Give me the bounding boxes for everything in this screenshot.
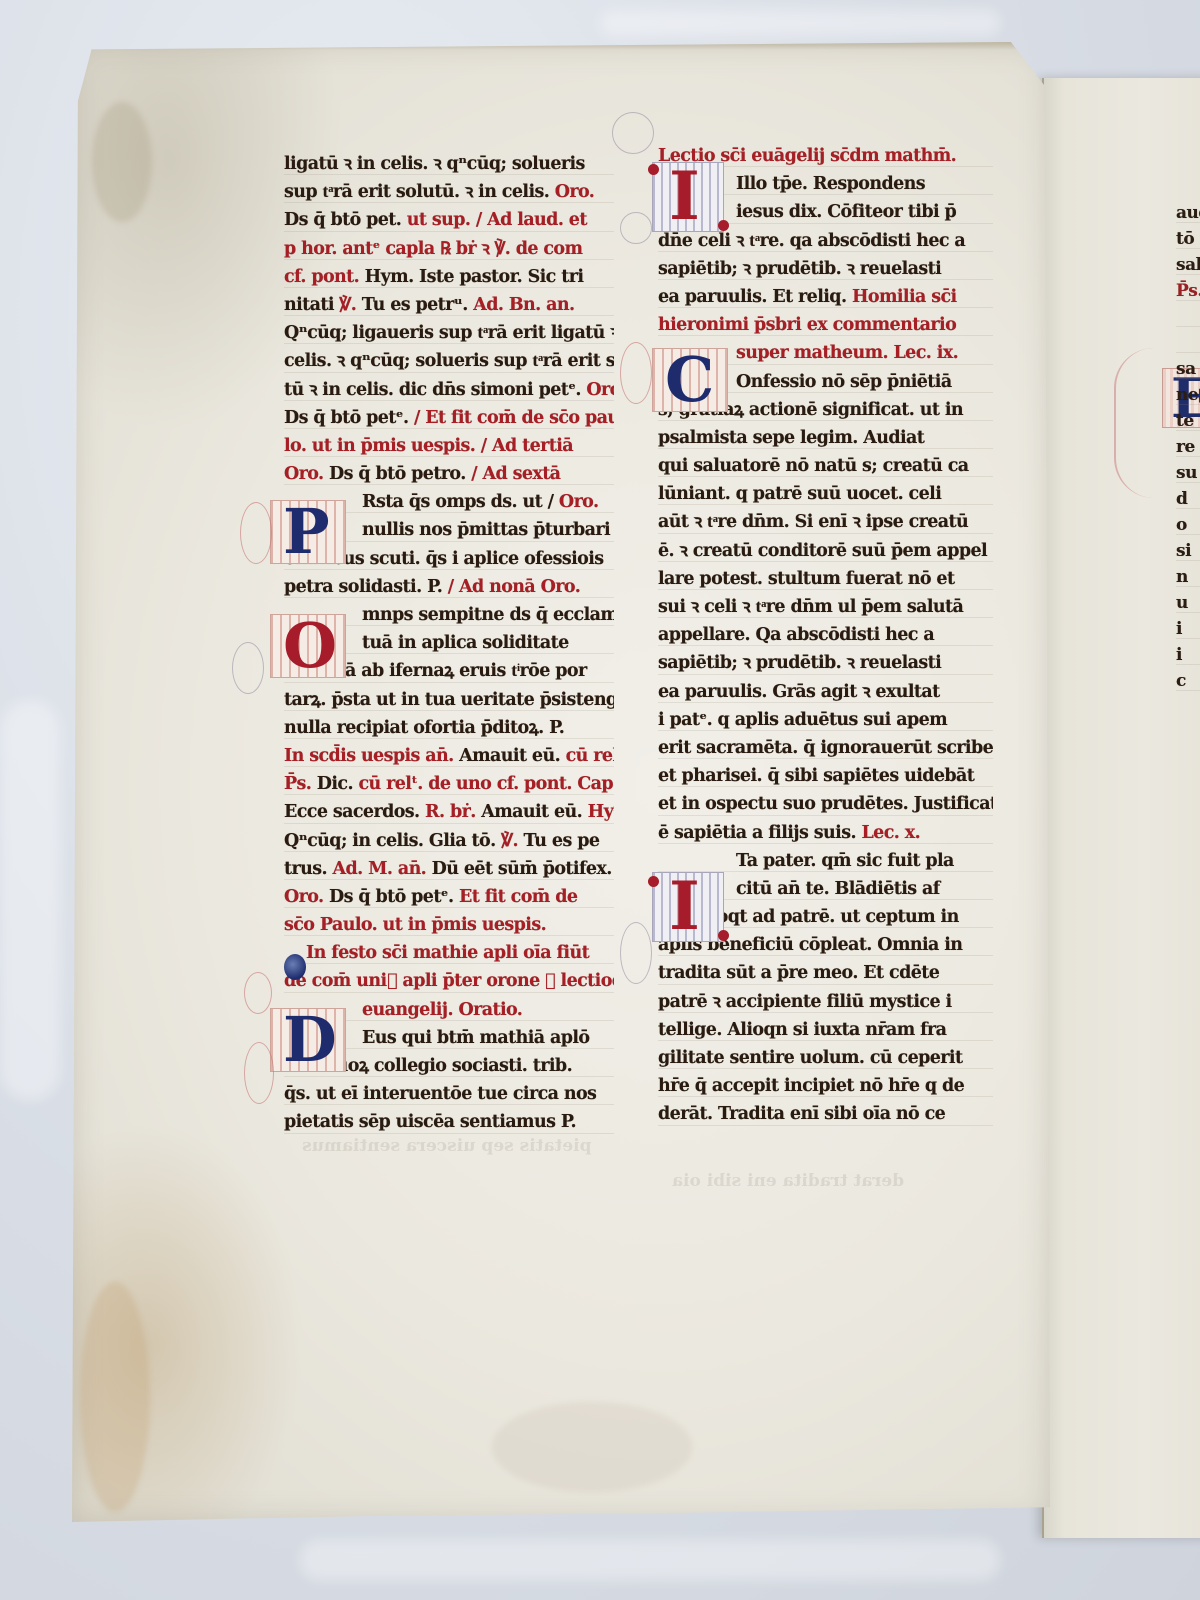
text-line: i: [1176, 616, 1200, 642]
text-line: nitati ℣. Tu es petrᵘ. Ad. Bn. an.: [284, 291, 614, 319]
text-line: salu: [1176, 252, 1200, 278]
text-line: In scd̄is uespis an̄. Amauit eū. cū relᵗ…: [284, 742, 614, 770]
text-segment: lūniant. q patrē suū uocet. celi: [658, 484, 941, 504]
manuscript-leaf: pietatis sep uiscera sentiamus derat tra…: [72, 42, 1050, 1522]
text-line: sc̄o Paulo. ut in p̄mis uespis.: [284, 911, 614, 939]
decorated-initial-C: C: [652, 348, 728, 412]
text-segment: celis. ꝛ qⁿcūq; solueris sup tͣrā erit s…: [284, 351, 614, 371]
text-segment: iesus dix. Cōfiteor tibi p̄: [736, 202, 956, 222]
rubric-text: Oro.: [586, 380, 614, 400]
text-line: lo. ut in p̄mis uespis. / Ad tertiā: [284, 432, 614, 460]
text-line: erit sacramēta. q̄ ignorauerūt scribe: [658, 734, 993, 762]
text-segment: petra solidasti. P.: [284, 577, 448, 597]
text-line: celis. ꝛ qⁿcūq; solueris sup tͣrā erit s…: [284, 347, 614, 375]
decorated-initial-I-bottom: I: [652, 872, 724, 942]
text-segment: tradita sūt a p̄re meo. Et cdēte: [658, 963, 939, 983]
text-segment: Eus qui btm̄ mathiā aplō: [362, 1028, 589, 1048]
text-segment: tuā in aplica soliditate: [362, 633, 569, 653]
rubric-text: / Ad nonā Oro.: [448, 577, 580, 597]
rubric-text: ut sup. / Ad laud. et: [407, 210, 587, 230]
text-segment: appellare. Qa abscōdisti hec a: [658, 625, 934, 645]
text-line: Ds q̄ btō pet. ut sup. / Ad laud. et: [284, 206, 614, 234]
rubric-text: Homilia sc̄i: [852, 287, 957, 307]
penwork-flourish: [620, 212, 652, 244]
rubric-text: super matheum. Lec. ix.: [736, 343, 958, 363]
initial-letter: C: [665, 345, 714, 415]
right-text-column: Lectio sc̄i euāgelij sc̄dm mathm̄.Illo t…: [658, 142, 993, 1129]
text-line: ne: [1176, 382, 1200, 408]
red-dot-ornament: [718, 220, 729, 231]
text-segment: tū ꝛ in celis. dic dn̄s simoni petᵉ.: [284, 380, 586, 400]
text-segment: Tu es petrᵘ.: [356, 295, 473, 315]
rubric-text: Oro.: [555, 182, 595, 202]
decorated-initial-P: P: [270, 500, 346, 564]
text-line: et pharisei. q̄ sibi sapiētes uidebāt: [658, 762, 993, 790]
text-line: n: [1176, 564, 1200, 590]
text-segment: Ecce sacerdos.: [284, 802, 425, 822]
text-line: o: [1176, 512, 1200, 538]
rubric-text: Ad. M. an̄.: [332, 859, 426, 879]
penwork-flourish: [240, 502, 272, 564]
text-line: appellare. Qa abscōdisti hec a: [658, 621, 993, 649]
text-line: ea paruulis. Et reliq. Homilia sc̄i: [658, 283, 993, 311]
text-segment: Ds q̄ btō petro.: [324, 464, 472, 484]
text-segment: et pharisei. q̄ sibi sapiētes uidebāt: [658, 766, 974, 786]
text-line: aud: [1176, 200, 1200, 226]
text-segment: trus.: [284, 859, 332, 879]
text-line: patrē ꝛ accipiente filiū mystice i: [658, 988, 993, 1016]
rubric-text: In scd̄is uespis an̄.: [284, 746, 454, 766]
rubric-text: Ad. Bn. an.: [473, 295, 574, 315]
text-line: p hor. antᵉ capla ℞ bṙ ꝛ ℣. de com: [284, 235, 614, 263]
text-line: q̄s. ut eī interuentōe tue circa nos: [284, 1080, 614, 1108]
text-segment: psalmista sepe legim. Audiat: [658, 428, 924, 448]
rubric-text: de com̄ uni᷑ apli p̄ter orone ꝛ lectioēs: [284, 971, 614, 991]
text-line: [1176, 330, 1200, 356]
text-segment: derāt. Tradita enī sibi oīa nō ce: [658, 1104, 945, 1124]
penwork-flourish: [244, 1042, 274, 1104]
text-segment: Ds q̄ btō petᵉ.: [324, 887, 459, 907]
text-segment: pietatis sēp uiscēa sentiamus P.: [284, 1112, 576, 1132]
text-line: si: [1176, 538, 1200, 564]
text-segment: Tu es pe: [518, 831, 599, 851]
text-line: qui saluatorē nō natū s; creatū ca: [658, 452, 993, 480]
rubric-text: / Et fit com̄ de sc̄o pau: [414, 408, 614, 428]
text-line: pietatis sēp uiscēa sentiamus P.: [284, 1108, 614, 1136]
text-segment: Ds q̄ btō pet.: [284, 210, 407, 230]
text-segment: qui saluatorē nō natū s; creatū ca: [658, 456, 969, 476]
rubric-text: cū relᵗ. de uno cf. pont. Cap.: [358, 774, 614, 794]
text-line: lare potest. stultum fuerat nō et: [658, 565, 993, 593]
penwork-flourish: [244, 972, 272, 1014]
text-line: petra solidasti. P. / Ad nonā Oro.: [284, 573, 614, 601]
text-line: ea paruulis. Grās agit ꝛ exultat: [658, 678, 993, 706]
text-line: tarꝝ. p̄sta ut in tua ueritate p̄sisteng: [284, 686, 614, 714]
water-stain: [80, 1282, 150, 1512]
text-segment: aūt ꝛ tͣre dn̄m. Si enī ꝛ ipse creatū: [658, 512, 968, 532]
text-segment: sui ꝛ celi ꝛ tͣre dn̄m ul p̄em salutā: [658, 597, 963, 617]
rubric-text: Lec. x.: [861, 823, 920, 843]
initial-letter: P: [283, 497, 330, 567]
text-line: nulla recipiat ofortia p̄ditoꝝ. P.: [284, 714, 614, 742]
text-segment: Qⁿcūq; in celis. Glia tō.: [284, 831, 501, 851]
rubric-text: euangelij. Oratio.: [362, 1000, 522, 1020]
rubric-text: lo. ut in p̄mis uespis. / Ad tertiā: [284, 436, 573, 456]
text-line: sa: [1176, 356, 1200, 382]
text-line: sapiētib; ꝛ prudētib. ꝛ reuelasti: [658, 255, 993, 283]
text-line: tellige. Alioqn si iuxta nr̄am fra: [658, 1016, 993, 1044]
text-line: te: [1176, 408, 1200, 434]
rubric-text: ℣.: [501, 831, 518, 851]
initial-letter: O: [283, 611, 337, 681]
text-line: aūt ꝛ tͣre dn̄m. Si enī ꝛ ipse creatū: [658, 508, 993, 536]
text-segment: Ds q̄ btō petᵉ.: [284, 408, 414, 428]
text-segment: et in ospectu suo prudētes. Justificata: [658, 794, 993, 814]
text-segment: ea paruulis. Grās agit ꝛ exultat: [658, 682, 940, 702]
text-line: [1176, 304, 1200, 330]
text-segment: Amauit eū.: [454, 746, 566, 766]
text-segment: sapiētib; ꝛ prudētib. ꝛ reuelasti: [658, 653, 941, 673]
text-line: sapiētib; ꝛ prudētib. ꝛ reuelasti: [658, 649, 993, 677]
text-line: ligatū ꝛ in celis. ꝛ qⁿcūq; solueris: [284, 150, 614, 178]
rubric-text: Oro.: [284, 887, 324, 907]
text-segment: ē. ꝛ creatū conditorē suū p̄em appel: [658, 541, 987, 561]
text-segment: tarꝝ. p̄sta ut in tua ueritate p̄sisteng: [284, 690, 614, 710]
text-line: su: [1176, 460, 1200, 486]
text-line: hieronimi p̄sbri ex commentario: [658, 311, 993, 339]
red-dot-ornament: [648, 164, 659, 175]
small-blue-initial: [284, 954, 306, 980]
text-line: Ecce sacerdos. R. bṙ. Amauit eū. Hyᵐ.: [284, 798, 614, 826]
text-line: psalmista sepe legim. Audiat: [658, 424, 993, 452]
text-segment: Dic.: [311, 774, 358, 794]
text-line: c: [1176, 668, 1200, 694]
text-line: Qⁿcūq; ligaueris sup tͣrā erit ligatū ꝛ …: [284, 319, 614, 347]
rubric-text: cū relᵗ.: [566, 746, 614, 766]
stain: [492, 1402, 692, 1492]
next-leaf-text: audtō n̄saluP̄s.saneteresudosinuiic: [1176, 200, 1200, 694]
text-segment: ē sapiētia a filijs suis.: [658, 823, 861, 843]
rubric-text: Hyᵐ.: [588, 802, 614, 822]
text-line: tradita sūt a p̄re meo. Et cdēte: [658, 959, 993, 987]
text-line: P̄s. Dic. cū relᵗ. de uno cf. pont. Cap.: [284, 770, 614, 798]
text-segment: i patᵉ. q aplis aduētus sui apem: [658, 710, 947, 730]
text-segment: Illo tp̄e. Respondens: [736, 174, 925, 194]
text-segment: sup tͣrā erit solutū. ꝛ in celis.: [284, 182, 555, 202]
text-segment: Qⁿcūq; ligaueris sup tͣrā erit ligatū ꝛ …: [284, 323, 614, 343]
text-segment: citū an̄ te. Blādiētis af: [736, 879, 940, 899]
text-segment: erit sacramēta. q̄ ignorauerūt scribe: [658, 738, 993, 758]
text-line: d: [1176, 486, 1200, 512]
text-segment: ligatū ꝛ in celis. ꝛ qⁿcūq; solueris: [284, 154, 585, 174]
text-line: P̄s.: [1176, 278, 1200, 304]
text-segment: dn̄e celi ꝛ tͣre. qa abscōdisti hec a: [658, 231, 965, 251]
red-dot-ornament: [718, 930, 729, 941]
rubric-text: cf. pont.: [284, 267, 359, 287]
rubric-text: Oro.: [559, 492, 599, 512]
text-segment: hr̄e q̄ accepit incipiet nō hr̄e q de: [658, 1076, 964, 1096]
text-line: tō n̄: [1176, 226, 1200, 252]
text-line: de com̄ uni᷑ apli p̄ter orone ꝛ lectioēs: [284, 967, 614, 995]
text-line: tū ꝛ in celis. dic dn̄s simoni petᵉ. Oro…: [284, 376, 614, 404]
text-line: derāt. Tradita enī sibi oīa nō ce: [658, 1100, 993, 1128]
text-line: Oro. Ds q̄ btō petro. / Ad sextā: [284, 460, 614, 488]
rubric-text: p hor. antᵉ capla ℞ bṙ ꝛ ℣. de com: [284, 239, 582, 259]
text-line: Ta pater. qm̄ sic fuit pla: [658, 847, 993, 875]
text-line: sup tͣrā erit solutū. ꝛ in celis. Oro.: [284, 178, 614, 206]
text-segment: patrē ꝛ accipiente filiū mystice i: [658, 992, 952, 1012]
penwork-flourish: [612, 112, 654, 154]
rubric-text: R. bṙ.: [425, 802, 476, 822]
text-segment: tellige. Alioqn si iuxta nr̄am fra: [658, 1020, 946, 1040]
decorated-initial-I-top: I: [652, 162, 724, 232]
cloth-fold: [0, 700, 60, 1100]
text-segment: sapiētib; ꝛ prudētib. ꝛ reuelasti: [658, 259, 941, 279]
next-leaf: E audtō n̄saluP̄s.saneteresudosinuiic: [1042, 78, 1200, 1538]
text-segment: nulla recipiat ofortia p̄ditoꝝ. P.: [284, 718, 564, 738]
text-line: Oro. Ds q̄ btō petᵉ. Et fit com̄ de: [284, 883, 614, 911]
rubric-text: In festo sc̄i mathie apli oīa fiūt: [306, 943, 589, 963]
text-line: trus. Ad. M. an̄. Dū eēt sūm̄ p̄otifex.: [284, 855, 614, 883]
decorated-initial-O: O: [270, 614, 346, 678]
initial-letter: I: [669, 161, 700, 231]
text-segment: nitati: [284, 295, 339, 315]
text-segment: Amauit eū.: [476, 802, 588, 822]
rubric-text: Oro.: [284, 464, 324, 484]
penwork-flourish: [232, 642, 264, 694]
text-segment: gilitate sentire uolum. cū ceperit: [658, 1048, 962, 1068]
text-segment: Rsta q̄s omps ds. ut /: [362, 492, 559, 512]
text-line: u: [1176, 590, 1200, 616]
text-line: cf. pont. Hym. Iste pastor. Sic tri: [284, 263, 614, 291]
text-segment: lare potest. stultum fuerat nō et: [658, 569, 954, 589]
rubric-text: P̄s.: [284, 774, 311, 794]
rubric-text: ℣.: [339, 295, 356, 315]
text-line: ē. ꝛ creatū conditorē suū p̄em appel: [658, 537, 993, 565]
text-segment: Dū eēt sūm̄ p̄otifex.: [426, 859, 612, 879]
penwork-flourish: [620, 922, 652, 984]
text-line: et in ospectu suo prudētes. Justificata: [658, 790, 993, 818]
text-line: sui ꝛ celi ꝛ tͣre dn̄m ul p̄em salutā: [658, 593, 993, 621]
text-segment: nullis nos p̄mittas p̄turbari: [362, 520, 610, 540]
text-segment: Hym. Iste pastor. Sic tri: [359, 267, 583, 287]
text-segment: mnps sempitne ds q̄ ecclam: [362, 605, 614, 625]
rubric-text: hieronimi p̄sbri ex commentario: [658, 315, 956, 335]
text-segment: q̄s. ut eī interuentōe tue circa nos: [284, 1084, 596, 1104]
stain: [92, 102, 152, 222]
cloth-fold: [600, 10, 1000, 36]
text-line: i: [1176, 642, 1200, 668]
text-line: gilitate sentire uolum. cū ceperit: [658, 1044, 993, 1072]
text-segment: ea paruulis. Et reliq.: [658, 287, 852, 307]
rubric-text: Et fit com̄ de: [459, 887, 577, 907]
text-line: Qⁿcūq; in celis. Glia tō. ℣. Tu es pe: [284, 827, 614, 855]
leaf-edge: [82, 42, 1032, 50]
text-line: re: [1176, 434, 1200, 460]
text-line: Ds q̄ btō petᵉ. / Et fit com̄ de sc̄o pa…: [284, 404, 614, 432]
text-line: ē sapiētia a filijs suis. Lec. x.: [658, 819, 993, 847]
decorated-initial-D: D: [270, 1008, 346, 1072]
text-line: In festo sc̄i mathie apli oīa fiūt: [284, 939, 614, 967]
text-line: hr̄e q̄ accepit incipiet nō hr̄e q de: [658, 1072, 993, 1100]
initial-letter: I: [669, 871, 700, 941]
rubric-text: / Ad sextā: [471, 464, 560, 484]
penwork-flourish: [620, 342, 652, 404]
text-segment: Onfessio nō sēp p̄niētiā: [736, 372, 952, 392]
text-line: i patᵉ. q aplis aduētus sui apem: [658, 706, 993, 734]
show-through-text: derat tradita eni sibi oia: [672, 1167, 904, 1195]
text-segment: Ta pater. qm̄ sic fuit pla: [736, 851, 954, 871]
rubric-text: sc̄o Paulo. ut in p̄mis uespis.: [284, 915, 546, 935]
initial-letter: D: [283, 1005, 337, 1075]
cloth-fold: [300, 1540, 1000, 1580]
text-line: lūniant. q patrē suū uocet. celi: [658, 480, 993, 508]
red-dot-ornament: [648, 876, 659, 887]
